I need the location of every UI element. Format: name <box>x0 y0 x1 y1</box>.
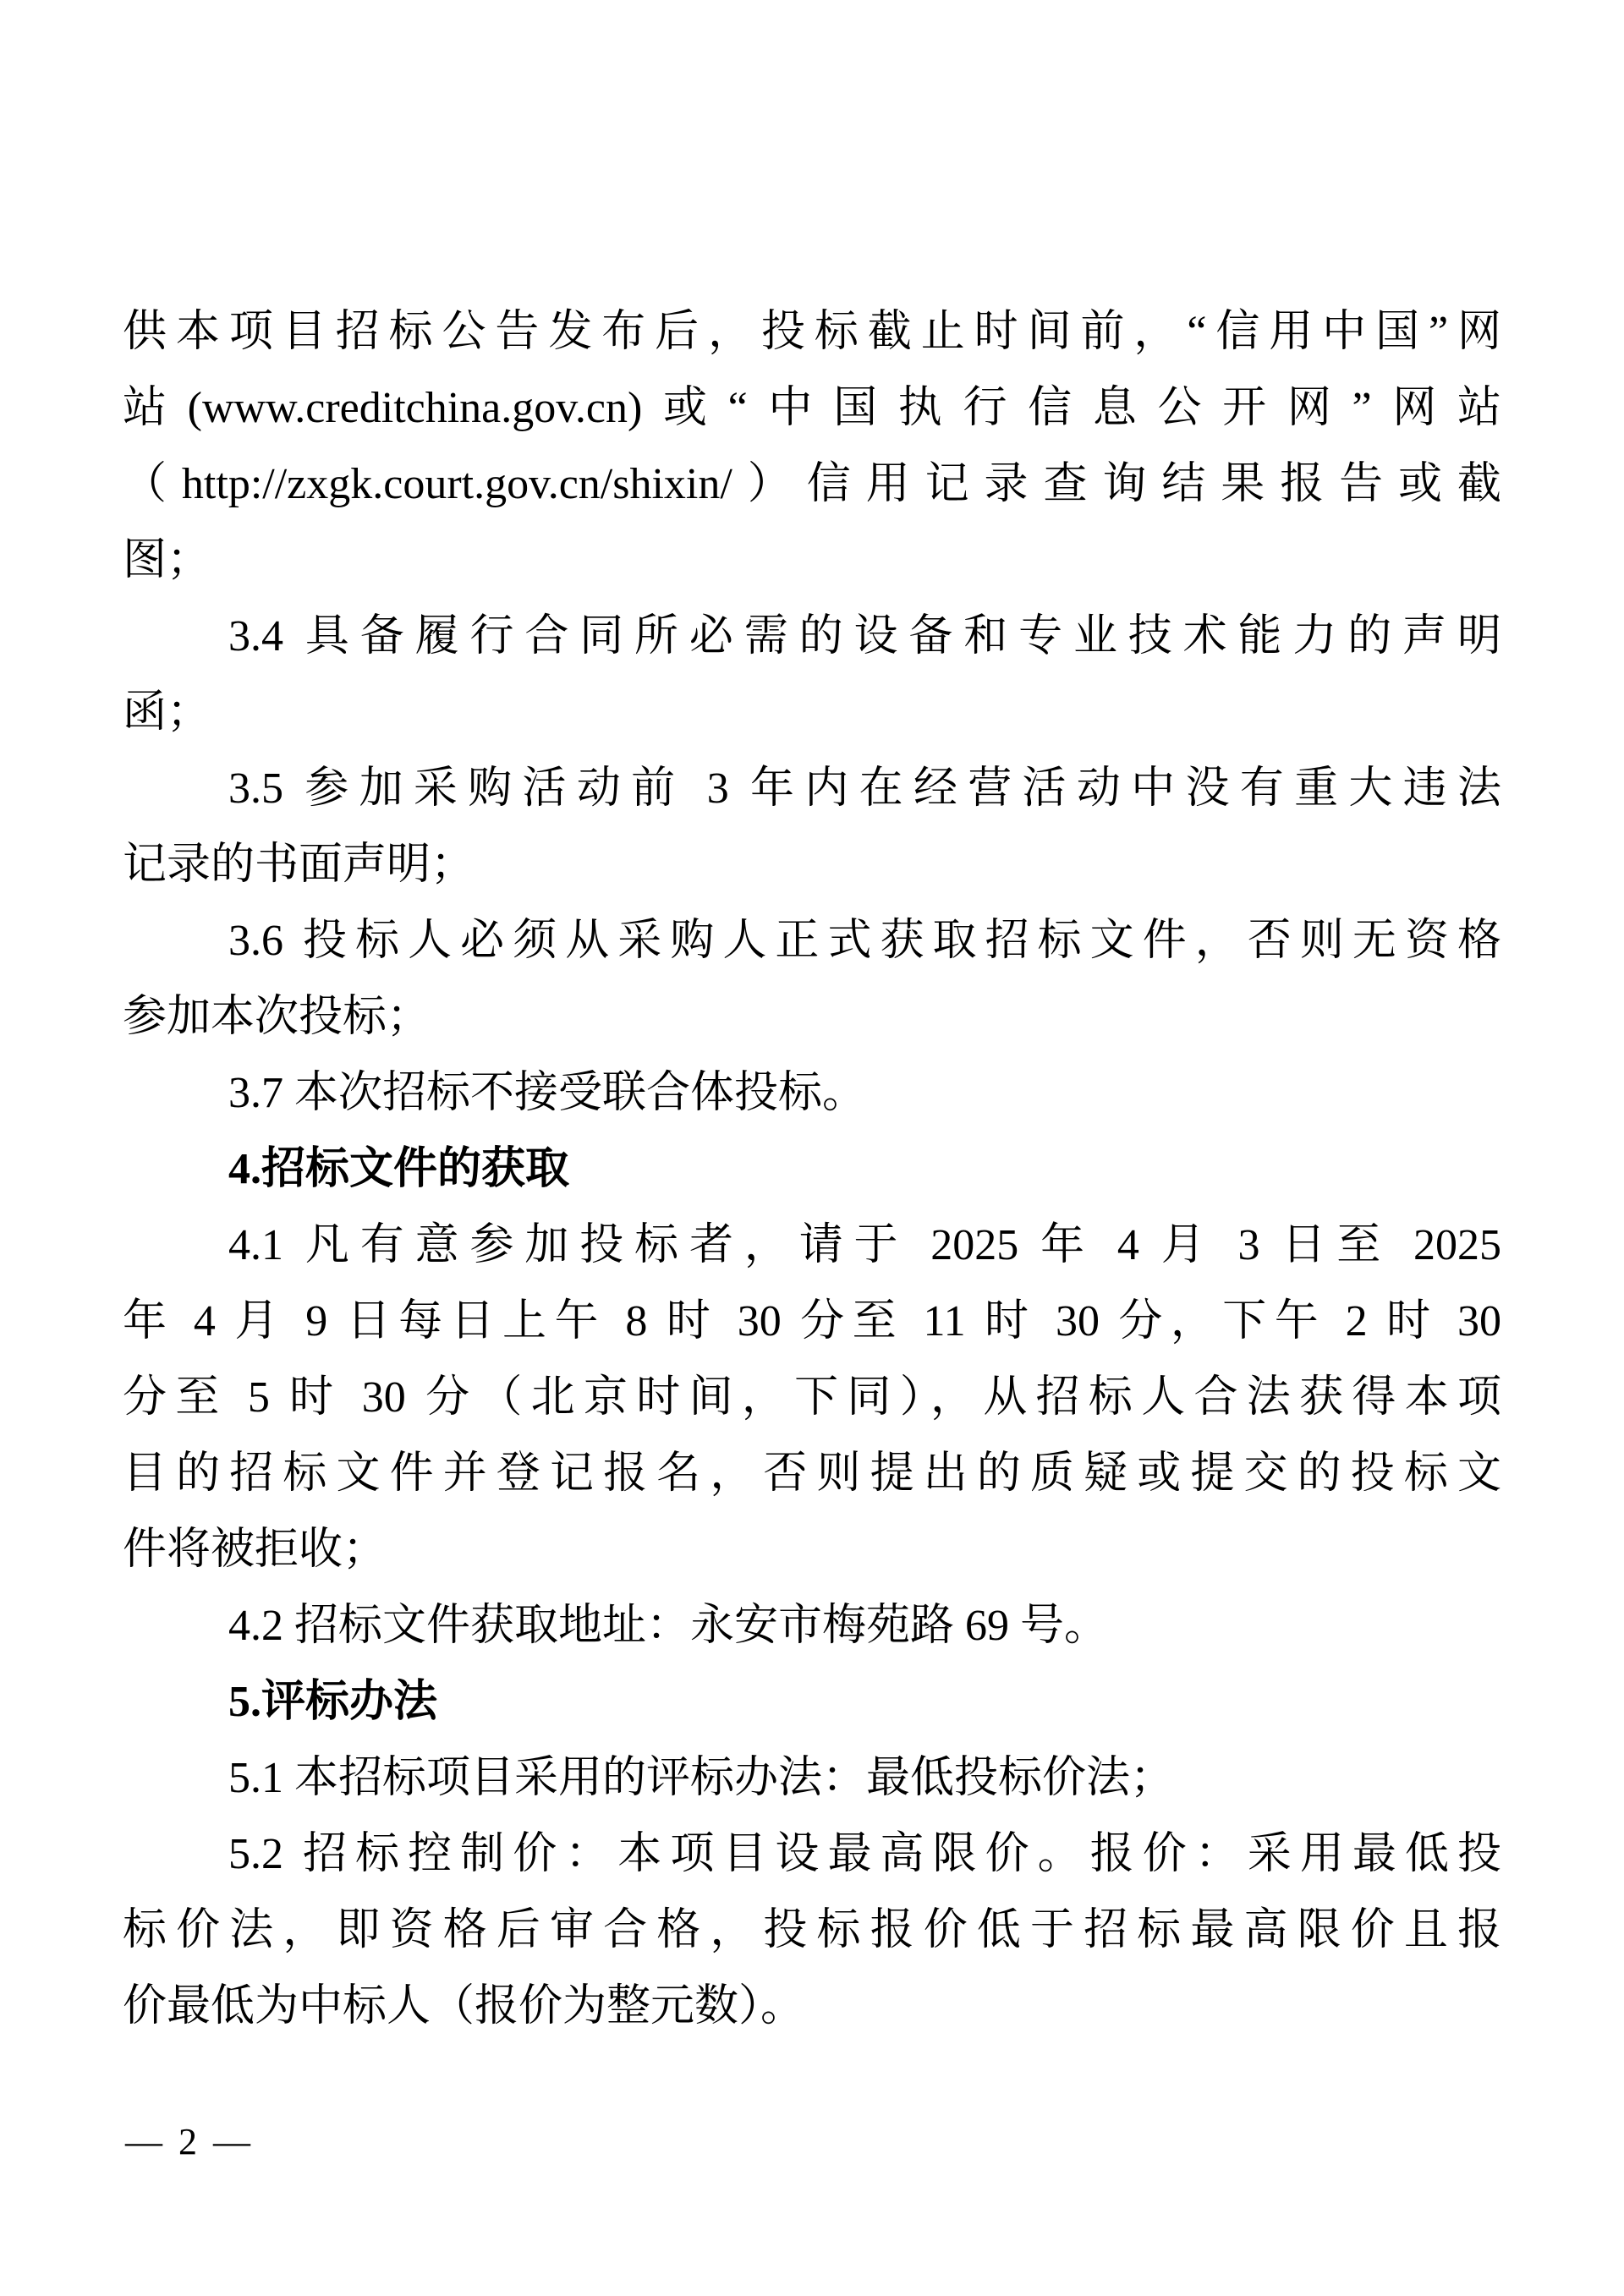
text-line: 4.1 凡有意参加投标者，请于 2025 年 4 月 3 日至 2025 <box>123 1208 1501 1284</box>
text-line: 图； <box>123 523 1501 599</box>
text-line: 3.5 参加采购活动前 3 年内在经营活动中没有重大违法 <box>123 751 1501 827</box>
text-line: 标价法，即资格后审合格，投标报价低于招标最高限价且报 <box>123 1893 1501 1969</box>
text-line: 分至 5 时 30 分（北京时间，下同），从招标人合法获得本项 <box>123 1360 1501 1436</box>
text-line: 5.1 本招标项目采用的评标办法：最低投标价法； <box>123 1740 1501 1817</box>
text-line: 3.6 投标人必须从采购人正式获取招标文件，否则无资格 <box>123 903 1501 979</box>
text-line: 记录的书面声明； <box>123 827 1501 903</box>
text-line: 供本项目招标公告发布后，投标截止时间前，“信用中国”网 <box>123 294 1501 370</box>
text-line: 目的招标文件并登记报名，否则提出的质疑或提交的投标文 <box>123 1436 1501 1512</box>
section-heading: 4.招标文件的获取 <box>123 1132 1501 1208</box>
text-line: 函； <box>123 675 1501 751</box>
text-line: 价最低为中标人（报价为整元数）。 <box>123 1969 1501 2045</box>
text-line: 参加本次投标； <box>123 979 1501 1055</box>
text-line: 年 4 月 9 日每日上午 8 时 30 分至 11 时 30 分，下午 2 时… <box>123 1284 1501 1360</box>
text-line: 5.2 招标控制价：本项目设最高限价。报价：采用最低投 <box>123 1817 1501 1893</box>
text-line: 3.7 本次招标不接受联合体投标。 <box>123 1055 1501 1132</box>
document-page: 供本项目招标公告发布后，投标截止时间前，“信用中国”网 站(www.credit… <box>0 0 1624 2296</box>
page-number: — 2 — <box>125 2118 254 2166</box>
text-line: 件将被拒收； <box>123 1512 1501 1588</box>
text-line: （http://zxgk.court.gov.cn/shixin/）信用记录查询… <box>123 447 1501 523</box>
section-heading: 5.评标办法 <box>123 1664 1501 1740</box>
text-line: 3.4 具备履行合同所必需的设备和专业技术能力的声明 <box>123 599 1501 675</box>
text-line: 站(www.creditchina.gov.cn)或“中国执行信息公开网”网站 <box>123 370 1501 447</box>
text-line: 4.2 招标文件获取地址：永安市梅苑路 69 号。 <box>123 1588 1501 1664</box>
document-body: 供本项目招标公告发布后，投标截止时间前，“信用中国”网 站(www.credit… <box>123 294 1501 2045</box>
